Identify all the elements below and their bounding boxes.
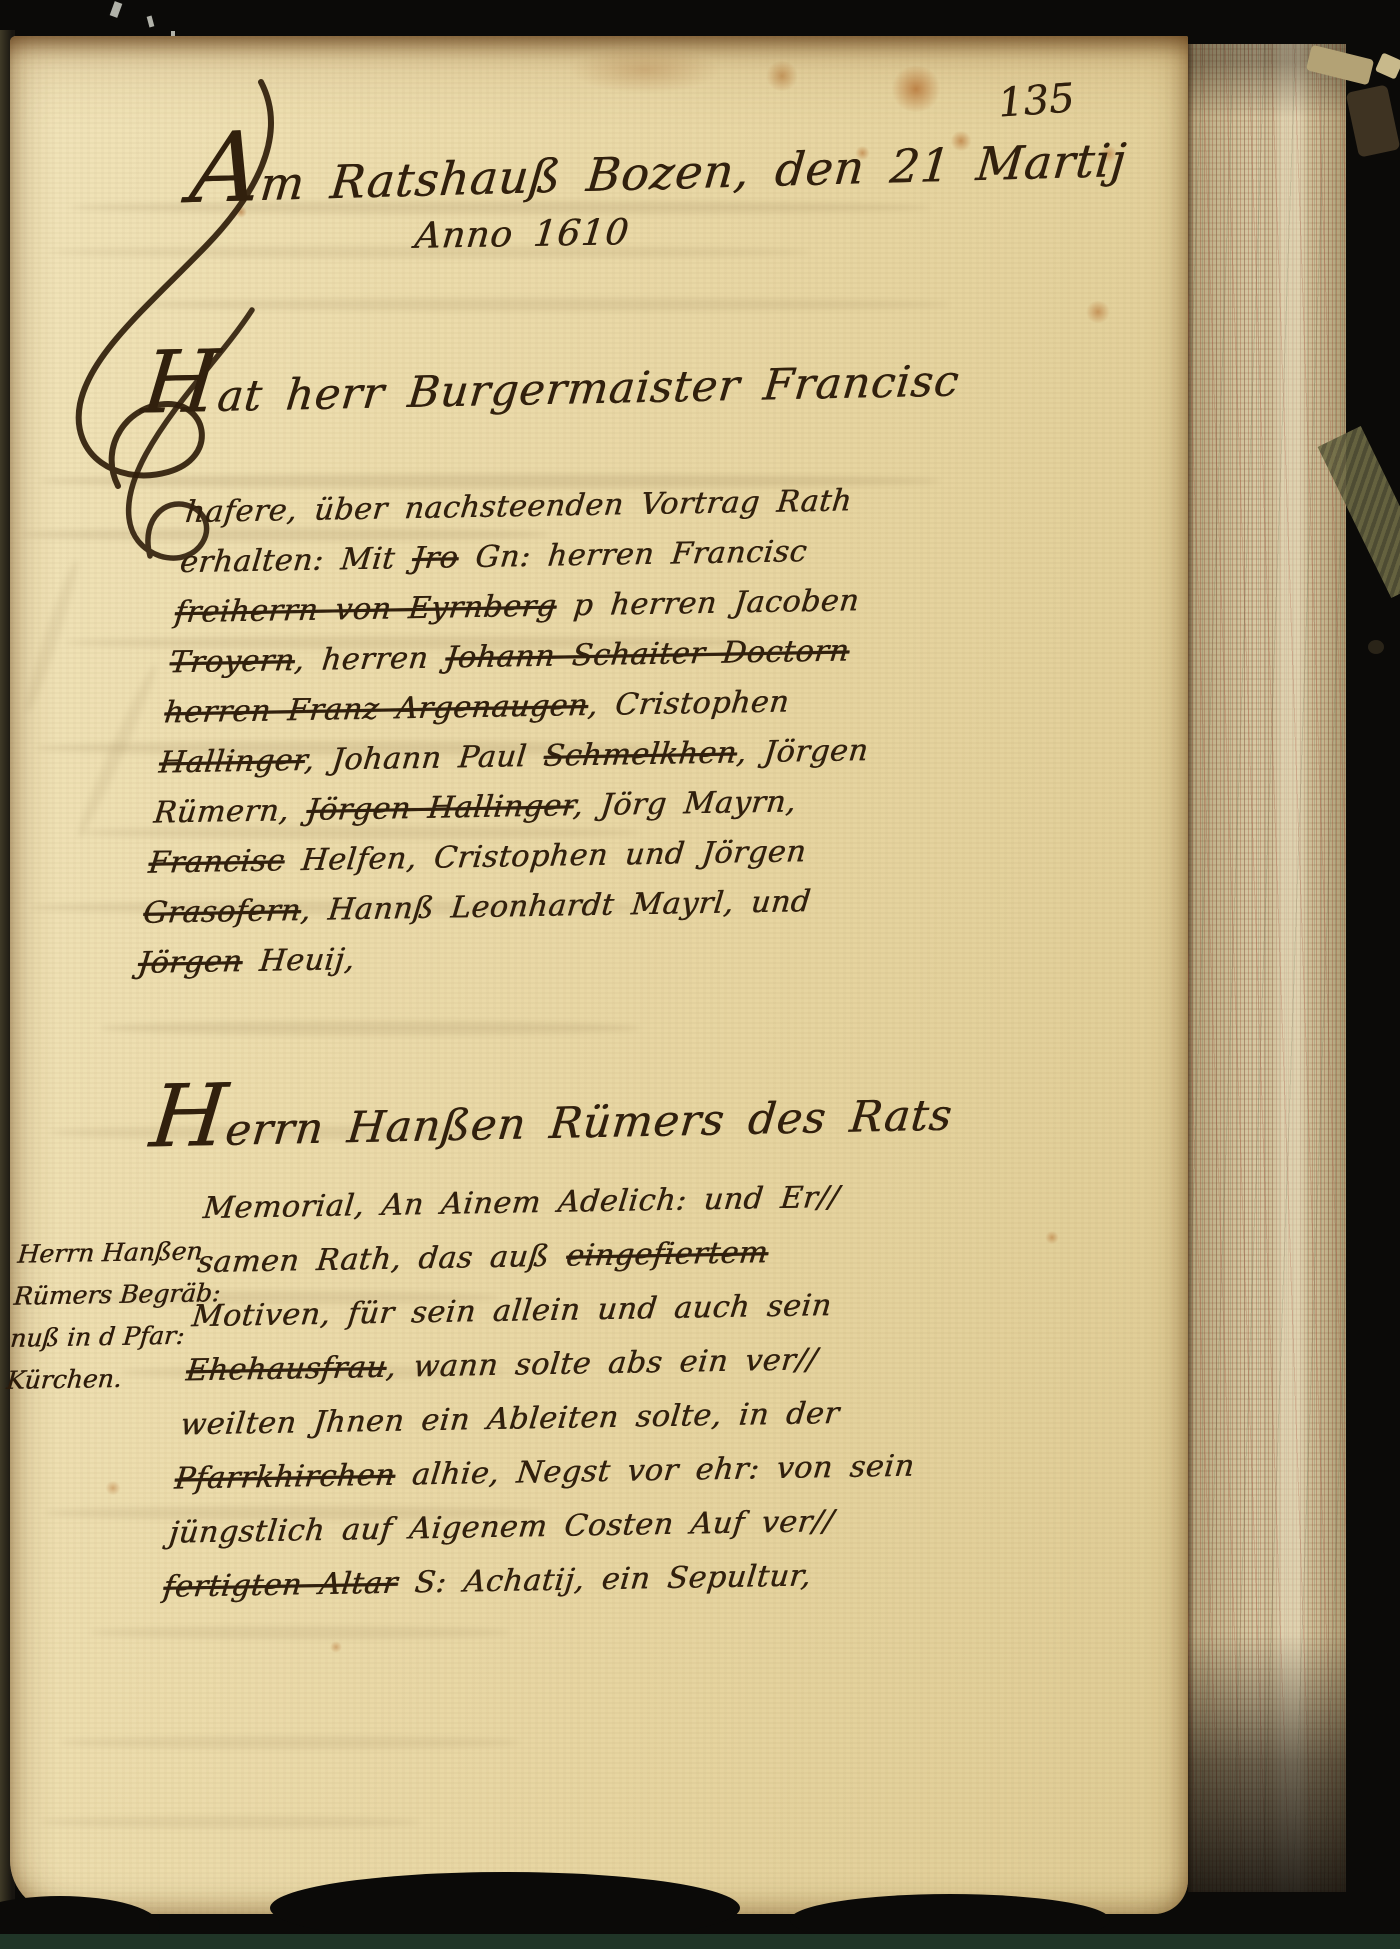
show-through-ghost-text bbox=[40, 1816, 420, 1828]
text-run: , Cristophen bbox=[586, 685, 791, 724]
struck-text: Jörgen Hallinger bbox=[305, 788, 576, 828]
margin-note-line: nuß in d Pfar: bbox=[8, 1314, 218, 1360]
text-run: Helfen, Cristophen und Jörgen bbox=[282, 834, 808, 878]
text-run: , Hannß Leonhardt Mayrl, und bbox=[299, 884, 813, 928]
show-through-ghost-text bbox=[72, 661, 162, 840]
entry-1-heading: Hat herr Burgermaister Francisc bbox=[139, 345, 963, 423]
entry-2-heading: Herrn Hanßen Rümers des Rats bbox=[147, 1080, 956, 1158]
manuscript-page: 135 Am Ratshauß Bozen, den 21 Martij Ann… bbox=[10, 36, 1188, 1914]
struck-text: Grasofern bbox=[141, 893, 302, 931]
foxing-stain bbox=[570, 46, 720, 94]
dust-speck bbox=[110, 1, 123, 18]
page-corner-debris bbox=[1346, 84, 1400, 157]
struck-text: Pfarrkhirchen bbox=[173, 1458, 397, 1497]
margin-note-line: Kürchen. bbox=[5, 1356, 215, 1402]
struck-text: Schmelkhen bbox=[542, 735, 739, 773]
foxing-stain bbox=[890, 66, 942, 112]
struck-text: Johann Schaiter Doctorn bbox=[444, 633, 851, 675]
entry-1-body: hafere, über nachsteenden Vortrag Rather… bbox=[135, 476, 897, 989]
margin-note: Herrn Hanßen Rümers Begräb: nuß in d Pfa… bbox=[5, 1230, 226, 1402]
struck-text: fertigten Altar bbox=[162, 1566, 400, 1605]
text-run: , wann solte abs ein ver// bbox=[384, 1342, 819, 1385]
text-run: samen Rath, das auß bbox=[196, 1239, 568, 1281]
text-run: , Jörgen bbox=[735, 733, 870, 770]
dust-speck bbox=[147, 16, 155, 28]
text-run: , Johann Paul bbox=[303, 739, 546, 778]
text-run: Rümern, bbox=[152, 793, 308, 831]
foxing-stain bbox=[1045, 1231, 1059, 1244]
text-run: Memorial, An Ainem Adelich: und Er// bbox=[201, 1180, 841, 1226]
margin-note-line: Rümers Begräb: bbox=[12, 1272, 222, 1318]
heading-line-2: Anno 1610 bbox=[413, 212, 631, 257]
struck-text: Jörgen bbox=[136, 944, 244, 981]
text-run: Gn: herren Francisc bbox=[456, 534, 808, 575]
margin-note-line: Herrn Hanßen bbox=[16, 1230, 226, 1276]
background-strip bbox=[0, 1934, 1400, 1949]
text-run: Heuij, bbox=[240, 942, 356, 979]
text-run: , herren bbox=[293, 640, 448, 678]
foxing-stain bbox=[1085, 301, 1111, 323]
show-through-ghost-text bbox=[90, 1626, 510, 1639]
book-fore-edge bbox=[1188, 44, 1346, 1892]
show-through-ghost-text bbox=[60, 1736, 520, 1749]
struck-text: freiherrn von Eyrnberg bbox=[173, 589, 558, 631]
text-run: , Jörg Mayrn, bbox=[572, 784, 798, 823]
struck-text: Jro bbox=[410, 540, 460, 576]
foxing-stain bbox=[765, 61, 799, 91]
page-number: 135 bbox=[996, 75, 1075, 126]
text-run: S: Achatij, ein Sepultur, bbox=[396, 1558, 813, 1600]
show-through-ghost-text bbox=[130, 298, 950, 311]
show-through-ghost-text bbox=[100, 1021, 640, 1035]
entry-2-body: Memorial, An Ainem Adelich: und Er//same… bbox=[161, 1169, 946, 1615]
heading-line-1: Am Ratshauß Bozen, den 21 Martij bbox=[187, 119, 1130, 213]
text-run: alhie, Negst vor ehr: von sein bbox=[393, 1449, 916, 1493]
struck-text: herren Franz Argenaugen bbox=[163, 688, 590, 730]
page-corner-debris bbox=[1375, 52, 1400, 79]
struck-text: Hallinger bbox=[157, 743, 306, 781]
foxing-stain bbox=[105, 1481, 121, 1495]
struck-text: Troyern bbox=[168, 643, 297, 680]
foxing-stain bbox=[330, 1641, 342, 1653]
text-run: jüngstlich auf Aigenem Costen Auf ver// bbox=[167, 1504, 836, 1551]
text-run: erhalten: Mit bbox=[178, 541, 414, 580]
text-run: hafere, über nachsteenden Vortrag Rath bbox=[184, 483, 854, 530]
show-through-ghost-text bbox=[21, 558, 84, 714]
calligraphic-flourish bbox=[56, 74, 306, 504]
struck-text: eingefiertem bbox=[564, 1235, 770, 1274]
manuscript-photo: 135 Am Ratshauß Bozen, den 21 Martij Ann… bbox=[0, 0, 1400, 1949]
manuscript-line: fertigten Altar S: Achatij, ein Sepultur… bbox=[161, 1548, 906, 1615]
page-corner-debris bbox=[1368, 640, 1384, 654]
text-run: Motiven, für sein allein und auch sein bbox=[190, 1288, 833, 1334]
text-run: p herren Jacoben bbox=[554, 583, 861, 623]
text-run: weilten Jhnen ein Ableiten solte, in der bbox=[179, 1396, 842, 1443]
struck-text: Francisc bbox=[147, 843, 286, 880]
